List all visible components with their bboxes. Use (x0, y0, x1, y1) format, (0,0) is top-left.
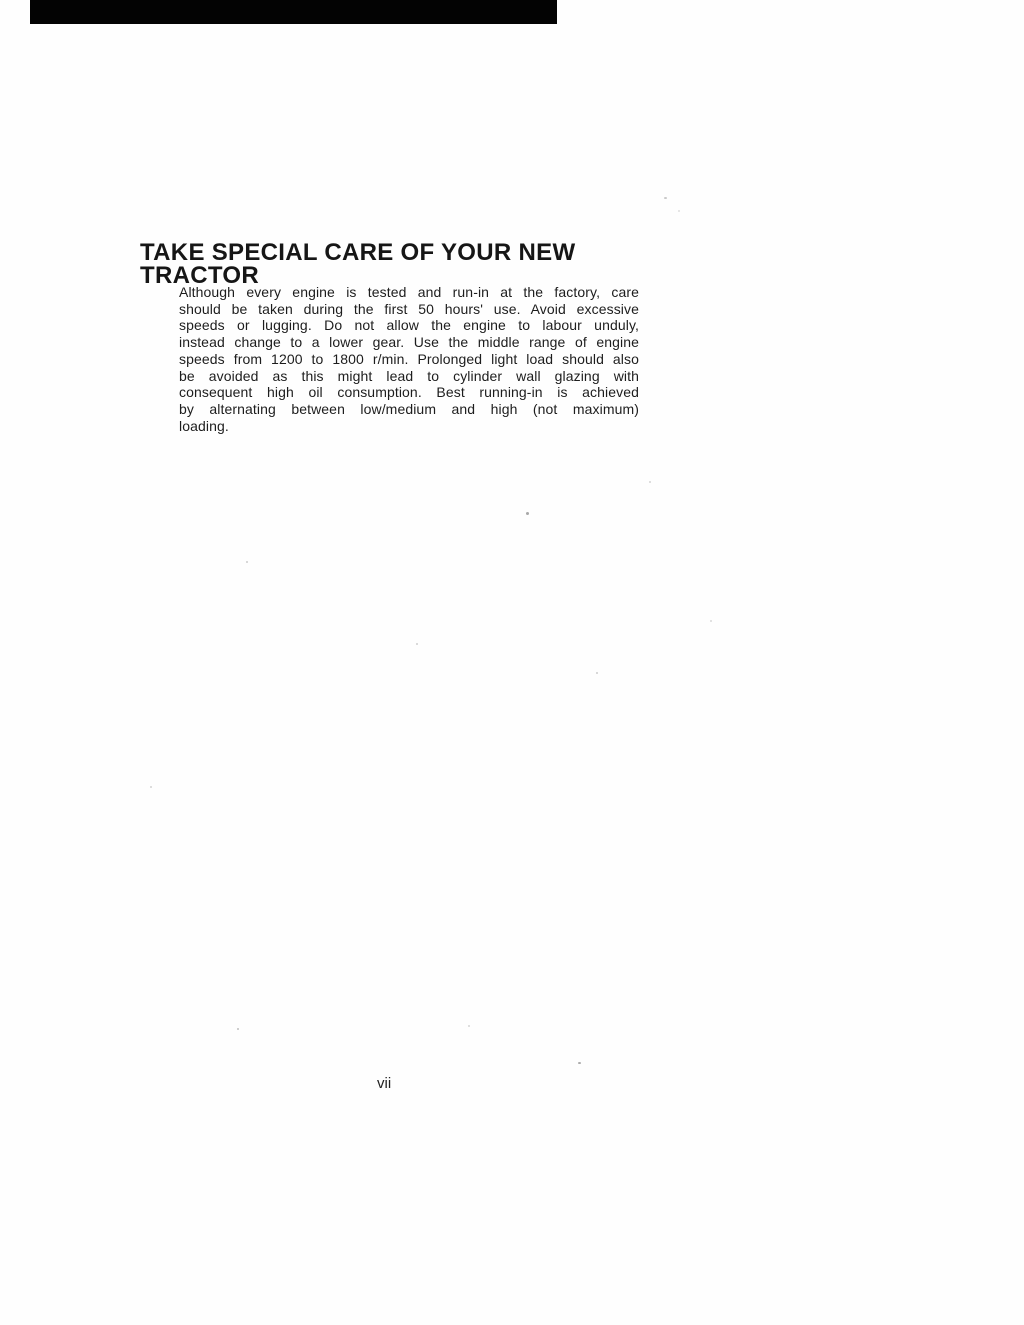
paragraph-line: instead change to a lower gear. Use the … (179, 334, 639, 351)
scan-speck (649, 481, 651, 483)
scan-speck (710, 620, 712, 622)
paragraph-line: speeds or lugging. Do not allow the engi… (179, 317, 639, 334)
scan-speck (246, 561, 248, 563)
document-page: TAKE SPECIAL CARE OF YOUR NEWTRACTOR Alt… (0, 0, 1024, 1325)
scan-artifact-bar (30, 0, 557, 24)
scan-speck (596, 672, 598, 674)
scan-speck (578, 1062, 581, 1064)
page-number: vii (377, 1075, 391, 1092)
paragraph-line: loading. (179, 418, 639, 435)
paragraph-line: speeds from 1200 to 1800 r/min. Prolonge… (179, 351, 639, 368)
paragraph-line: Although every engine is tested and run-… (179, 284, 639, 301)
scan-speck (468, 1025, 470, 1027)
scan-speck (526, 512, 529, 515)
paragraph-line: be avoided as this might lead to cylinde… (179, 368, 639, 385)
body-paragraph: Although every engine is tested and run-… (179, 284, 639, 434)
scan-speck (237, 1028, 239, 1030)
page-title: TAKE SPECIAL CARE OF YOUR NEWTRACTOR (140, 242, 620, 287)
paragraph-line: should be taken during the first 50 hour… (179, 301, 639, 318)
scan-speck (678, 210, 680, 212)
scan-speck (416, 643, 418, 645)
scan-speck (664, 197, 667, 199)
paragraph-line: by alternating between low/medium and hi… (179, 401, 639, 418)
scan-speck (150, 786, 152, 788)
paragraph-line: consequent high oil consumption. Best ru… (179, 384, 639, 401)
